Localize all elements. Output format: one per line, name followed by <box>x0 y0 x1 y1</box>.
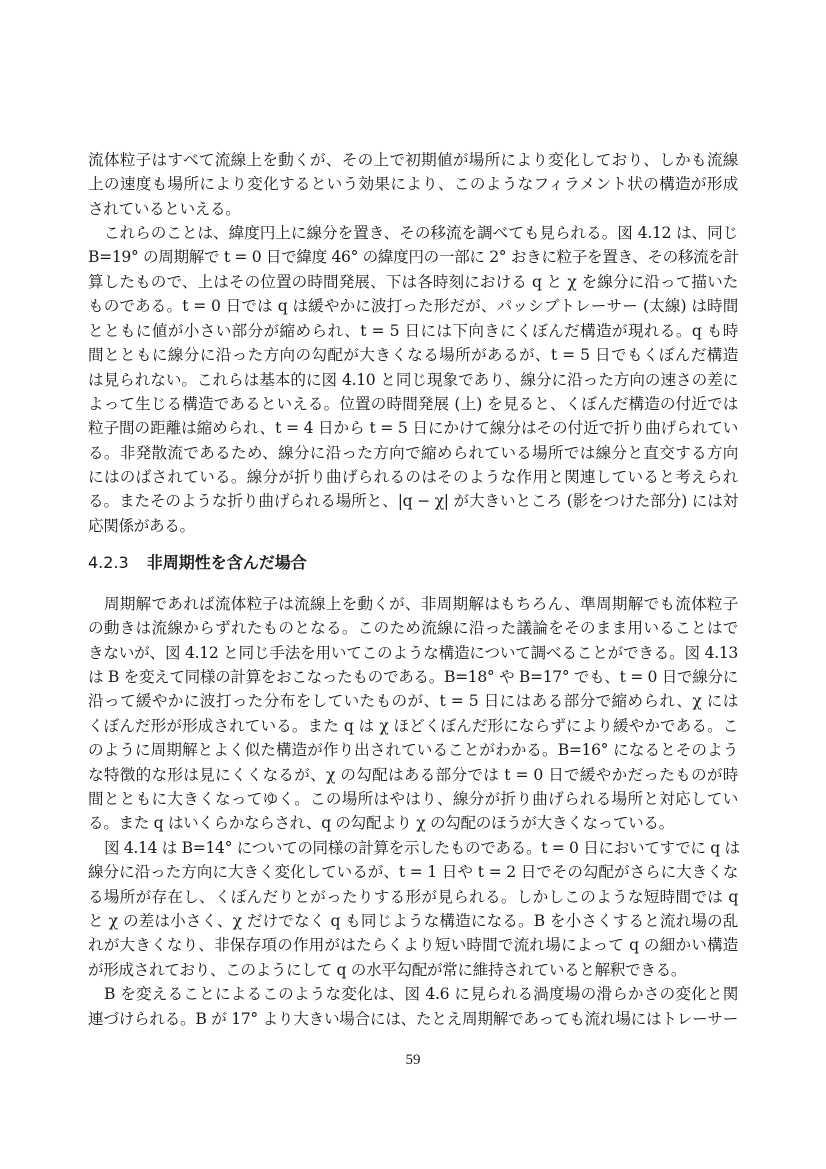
text-line: 連づけられる。B が 17° より大きい場合には、たとえ周期解であっても流れ場に… <box>88 1009 738 1029</box>
text-line: 粒子間の距離は縮められ、t = 4 日から t = 5 日にかけて線分はその付近… <box>88 418 738 438</box>
text-line: れが大きくなり、非保存項の作用がはたらくより短い時間で流れ場によって q の細か… <box>88 935 738 955</box>
text-line: な特徴的な形は見にくくなるが、χ の勾配はある部分では t = 0 日で緩やかだ… <box>88 765 738 785</box>
text-line: B を変えることによるこのような変化は、図 4.6 に見られる渦度場の滑らかさの… <box>104 984 738 1004</box>
text-line: きないが、図 4.12 と同じ手法を用いてこのような構造について調べることができ… <box>88 643 738 663</box>
text-line: されているといえる。 <box>88 199 738 219</box>
text-line: B=19° の周期解で t = 0 日で緯度 46° の緯度円の一部に 2° お… <box>88 247 738 267</box>
section-heading: 4.2.3非周期性を含んだ場合 <box>88 550 307 573</box>
text-line: 周期解であれば流体粒子は流線上を動くが、非周期解はもちろん、準周期解でも流体粒子 <box>104 594 738 614</box>
text-line: る。またそのような折り曲げられる場所と、|q − χ| が大きいところ (影をつ… <box>88 491 738 511</box>
text-line: くぼんだ形が形成されている。また q は χ ほどくぼんだ形にならずにより緩やか… <box>88 716 738 736</box>
text-line: る。また q はいくらかならされ、q の勾配より χ の勾配のほうが大きくなって… <box>88 813 738 833</box>
section-title: 非周期性を含んだ場合 <box>147 553 307 572</box>
text-line: 図 4.14 は B=14° についての同様の計算を示したものである。t = 0… <box>104 838 738 858</box>
text-line: る場所が存在し、くぼんだりとがったりする形が見られる。しかしこのような短時間では… <box>88 887 738 907</box>
document-page: 流体粒子はすべて流線上を動くが、その上で初期値が場所により変化しており、しかも流… <box>0 0 826 1169</box>
text-line: 間とともに大きくなってゆく。この場所はやはり、線分が折り曲げられる場所と対応して… <box>88 789 738 809</box>
text-line: これらのことは、緯度円上に線分を置き、その移流を調べても見られる。図 4.12 … <box>104 223 738 243</box>
section-number: 4.2.3 <box>88 553 129 572</box>
text-line: 間とともに線分に沿った方向の勾配が大きくなる場所があるが、t = 5 日でもくぼ… <box>88 345 738 365</box>
text-line: 上の速度も場所により変化するという効果により、このようなフィラメント状の構造が形… <box>88 174 738 194</box>
text-line: 沿って緩やかに波打った分布をしていたものが、t = 5 日にはある部分で縮められ… <box>88 691 738 711</box>
text-line: と χ の差は小さく、χ だけでなく q も同じような構造になる。B を小さくす… <box>88 911 738 931</box>
text-line: 応関係がある。 <box>88 516 738 536</box>
text-line: とともに値が小さい部分が縮められ、t = 5 日には下向きにくぼんだ構造が現れる… <box>88 321 738 341</box>
text-line: ものである。t = 0 日では q は緩やかに波打った形だが、パッシブトレーサー… <box>88 296 738 316</box>
text-line: よって生じる構造であるといえる。位置の時間発展 (上) を見ると、くぼんだ構造の… <box>88 394 738 414</box>
text-line: のように周期解とよく似た構造が作り出されていることがわかる。B=16° になると… <box>88 740 738 760</box>
text-line: る。非発散流であるため、線分に沿った方向で縮められている場所では線分と直交する方… <box>88 443 738 463</box>
text-line: の動きは流線からずれたものとなる。このため流線に沿った議論をそのまま用いることは… <box>88 618 738 638</box>
text-line: 線分に沿った方向に大きく変化しているが、t = 1 日や t = 2 日でその勾… <box>88 862 738 882</box>
text-line: にはのばされている。線分が折り曲げられるのはそのような作用と関連していると考えら… <box>88 467 738 487</box>
text-line: 流体粒子はすべて流線上を動くが、その上で初期値が場所により変化しており、しかも流… <box>88 150 738 170</box>
text-line: は B を変えて同様の計算をおこなったものである。B=18° や B=17° で… <box>88 667 738 687</box>
page-number: 59 <box>0 1052 826 1069</box>
text-line: 算したもので、上はその位置の時間発展、下は各時刻における q と χ を線分に沿… <box>88 272 738 292</box>
text-line: が形成されており、このようにして q の水平勾配が常に維持されていると解釈できる… <box>88 960 738 980</box>
text-line: は見られない。これらは基本的に図 4.10 と同じ現象であり、線分に沿った方向の… <box>88 370 738 390</box>
